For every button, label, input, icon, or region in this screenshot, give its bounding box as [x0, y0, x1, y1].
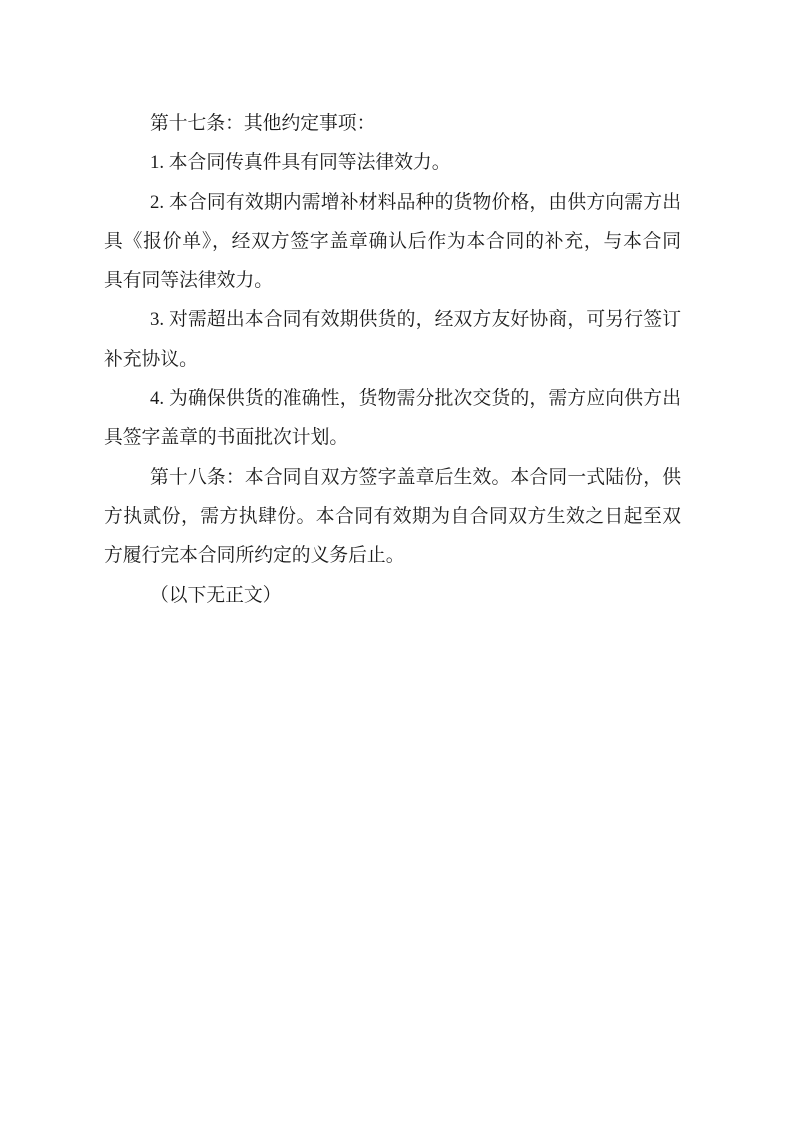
clause-18-line-3: 方履行完本合同所约定的义务后止。	[104, 536, 681, 575]
clause-17-item-3-line-2: 补充协议。	[104, 340, 681, 379]
clause-17-item-4-line-1: 4. 为确保供货的准确性，货物需分批次交货的，需方应向供方出	[104, 379, 681, 418]
clause-17-item-2-line-3: 具有同等法律效力。	[104, 261, 681, 300]
end-of-text-note-line: （以下无正文）	[104, 576, 681, 615]
clause-17-item-4-line-2: 具签字盖章的书面批次计划。	[104, 418, 681, 457]
clause-18-line-2: 方执贰份，需方执肆份。本合同有效期为自合同双方生效之日起至双	[104, 497, 681, 536]
clause-17-item-3-line-1: 3. 对需超出本合同有效期供货的，经双方友好协商，可另行签订	[104, 300, 681, 339]
contract-text-block: 第十七条：其他约定事项： 1. 本合同传真件具有同等法律效力。 2. 本合同有效…	[104, 104, 681, 615]
clause-18-line-1: 第十八条：本合同自双方签字盖章后生效。本合同一式陆份，供	[104, 458, 681, 497]
clause-17-item-1-line: 1. 本合同传真件具有同等法律效力。	[104, 143, 681, 182]
clause-17-item-2-line-2: 具《报价单》，经双方签字盖章确认后作为本合同的补充，与本合同	[104, 222, 681, 261]
clause-17-item-2-line-1: 2. 本合同有效期内需增补材料品种的货物价格，由供方向需方出	[104, 183, 681, 222]
document-page: 第十七条：其他约定事项： 1. 本合同传真件具有同等法律效力。 2. 本合同有效…	[0, 0, 793, 1122]
clause-17-heading-line: 第十七条：其他约定事项：	[104, 104, 681, 143]
